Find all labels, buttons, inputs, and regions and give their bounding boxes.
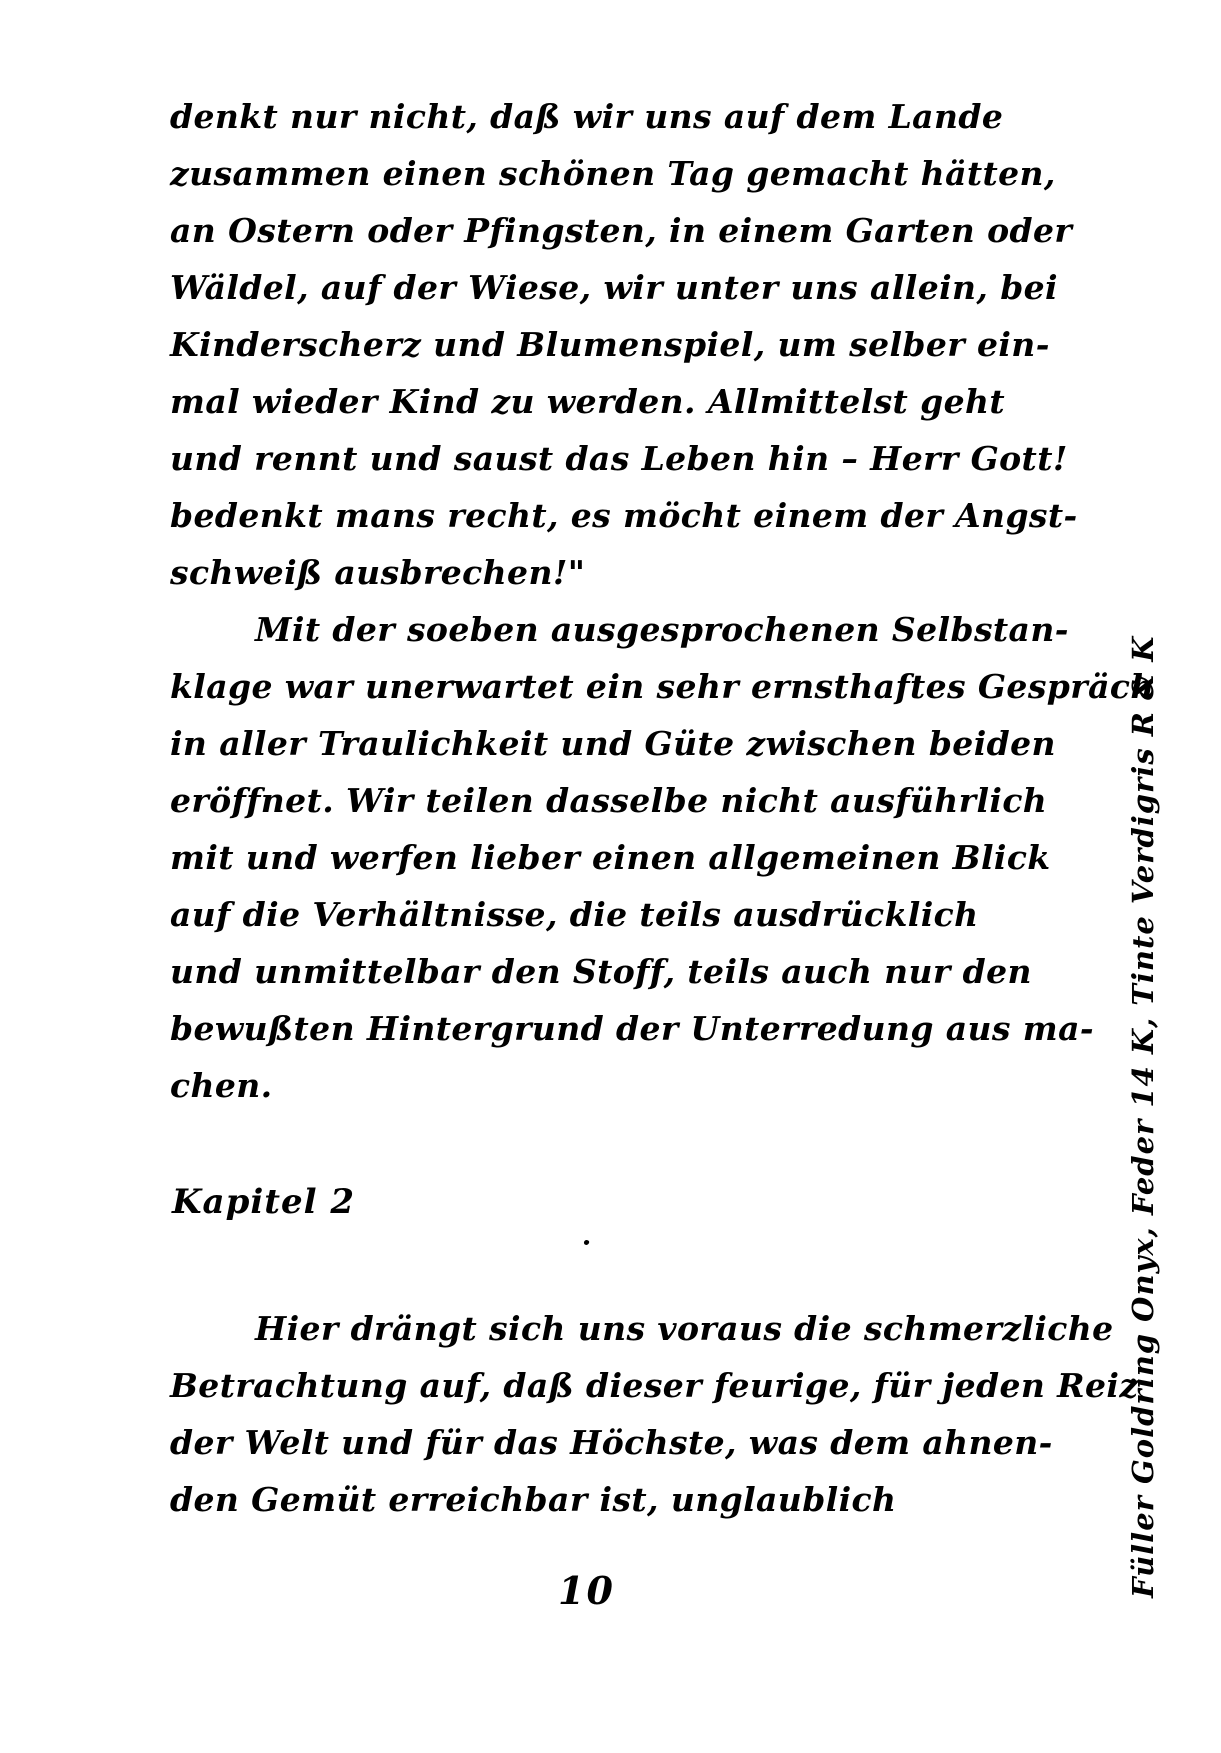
paragraph-quote: denkt nur nicht, daß wir uns auf dem Lan… — [170, 88, 1155, 601]
manuscript-line: bedenkt mans recht, es möcht einem der A… — [170, 487, 1155, 544]
chapter-heading: Kapitel 2 — [172, 1182, 355, 1222]
manuscript-page: denkt nur nicht, daß wir uns auf dem Lan… — [0, 0, 1221, 1753]
manuscript-line: bewußten Hintergrund der Unterredung aus… — [170, 1000, 1155, 1057]
manuscript-line: an Ostern oder Pfingsten, in einem Garte… — [170, 202, 1155, 259]
manuscript-line: Hier drängt sich uns voraus die schmerzl… — [170, 1300, 1138, 1357]
manuscript-line: eröffnet. Wir teilen dasselbe nicht ausf… — [170, 772, 1155, 829]
manuscript-line: Wäldel, auf der Wiese, wir unter uns all… — [170, 259, 1155, 316]
manuscript-line: und rennt und saust das Leben hin – Herr… — [170, 430, 1155, 487]
manuscript-line: denkt nur nicht, daß wir uns auf dem Lan… — [170, 88, 1155, 145]
manuscript-line: mit und werfen lieber einen allgemeinen … — [170, 829, 1155, 886]
manuscript-line: zusammen einen schönen Tag gemacht hätte… — [170, 145, 1155, 202]
paragraph-selbstanklage: Mit der soeben ausgesprochenen Selbstan-… — [170, 601, 1155, 1114]
manuscript-line: den Gemüt erreichbar ist, unglaublich — [170, 1471, 1138, 1528]
manuscript-line: Mit der soeben ausgesprochenen Selbstan- — [170, 601, 1155, 658]
manuscript-line: auf die Verhältnisse, die teils ausdrück… — [170, 886, 1155, 943]
manuscript-line: klage war unerwartet ein sehr ernsthafte… — [170, 658, 1155, 715]
manuscript-line: der Welt und für das Höchste, was dem ah… — [170, 1414, 1138, 1471]
ink-speck — [583, 1239, 589, 1245]
manuscript-text-block-2: Hier drängt sich uns voraus die schmerzl… — [170, 1300, 1138, 1528]
margin-note-pen-and-ink: Füller Goldring Onyx, Feder 14 K, Tinte … — [1126, 636, 1160, 1598]
page-number: 10 — [558, 1568, 615, 1613]
manuscript-line: schweiß ausbrechen!" — [170, 544, 1155, 601]
manuscript-line: und unmittelbar den Stoff, teils auch nu… — [170, 943, 1155, 1000]
manuscript-line: Kinderscherz und Blumenspiel, um selber … — [170, 316, 1155, 373]
manuscript-line: in aller Traulichkeit und Güte zwischen … — [170, 715, 1155, 772]
manuscript-line: chen. — [170, 1057, 1155, 1114]
manuscript-line: Betrachtung auf, daß dieser feurige, für… — [170, 1357, 1138, 1414]
manuscript-line: mal wieder Kind zu werden. Allmittelst g… — [170, 373, 1155, 430]
paragraph-chapter2-opening: Hier drängt sich uns voraus die schmerzl… — [170, 1300, 1138, 1528]
manuscript-text-block: denkt nur nicht, daß wir uns auf dem Lan… — [170, 88, 1155, 1114]
